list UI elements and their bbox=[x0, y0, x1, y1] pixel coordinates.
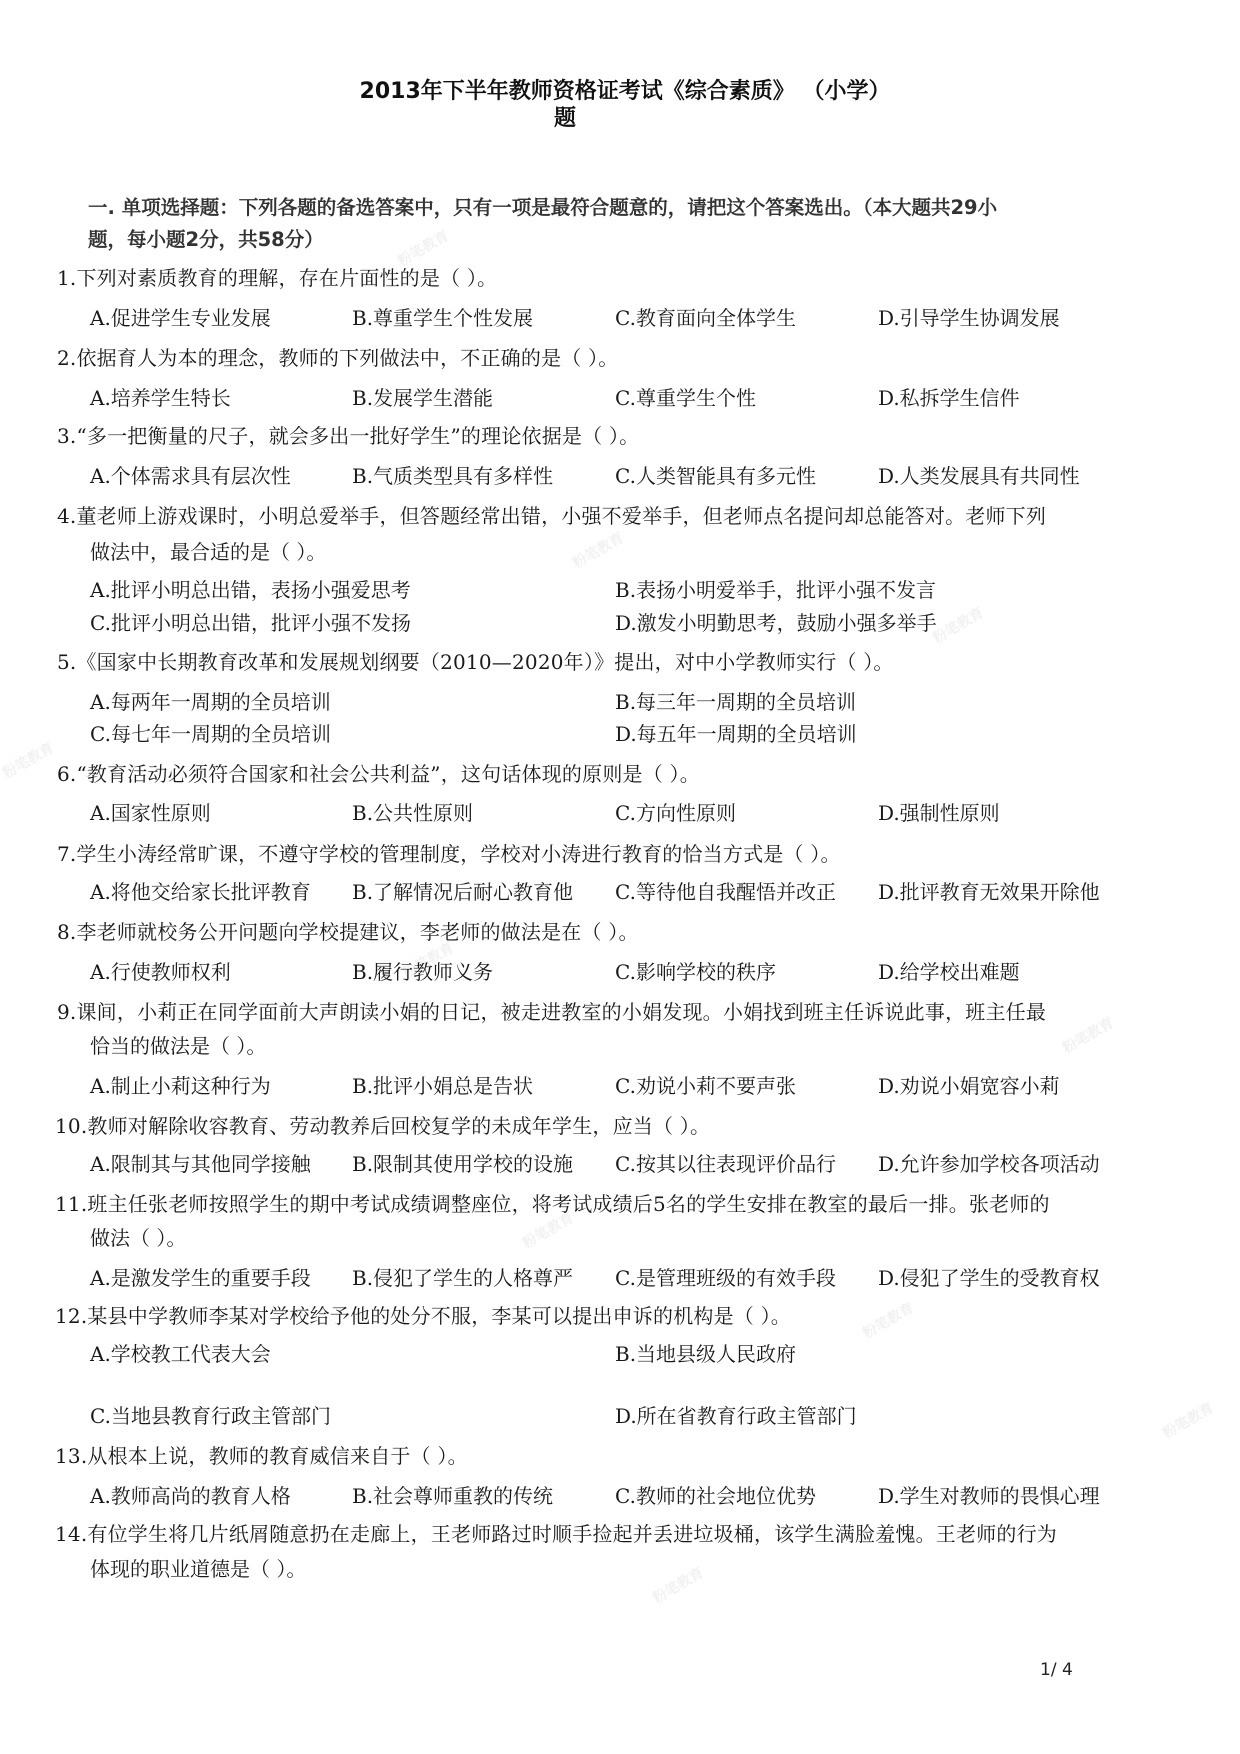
question-7-option-b: B.了解情况后耐心教育他 bbox=[352, 876, 573, 905]
question-4-option-b: B.表扬小明爱举手，批评小强不发言 bbox=[615, 574, 936, 603]
question-3-option-b: B.气质类型具有多样性 bbox=[352, 460, 553, 489]
question-11-stem: 11.班主任张老师按照学生的期中考试成绩调整座位，将考试成绩后5名的学生安排在教… bbox=[55, 1188, 1050, 1217]
question-3-option-c: C.人类智能具有多元性 bbox=[615, 460, 816, 489]
watermark: 粉笔教育 bbox=[1159, 1397, 1217, 1442]
watermark: 粉笔教育 bbox=[0, 737, 57, 782]
question-11-option-d: D.侵犯了学生的受教育权 bbox=[878, 1262, 1100, 1291]
question-2-option-c: C.尊重学生个性 bbox=[615, 382, 756, 411]
question-6-option-b: B.公共性原则 bbox=[352, 797, 473, 826]
question-10-option-b: B.限制其使用学校的设施 bbox=[352, 1148, 573, 1177]
question-13-option-b: B.社会尊师重教的传统 bbox=[352, 1480, 553, 1509]
question-7-stem: 7.学生小涛经常旷课，不遵守学校的管理制度，学校对小涛进行教育的恰当方式是（ ）… bbox=[57, 838, 841, 867]
watermark: 粉笔教育 bbox=[859, 1297, 917, 1342]
question-2-option-a: A.培养学生特长 bbox=[90, 382, 231, 411]
question-5-stem: 5.《国家中长期教育改革和发展规划纲要（2010—2020年）》提出，对中小学教… bbox=[57, 646, 894, 675]
question-13-option-d: D.学生对教师的畏惧心理 bbox=[878, 1480, 1100, 1509]
question-11-option-a: A.是激发学生的重要手段 bbox=[90, 1262, 311, 1291]
section-heading-line-2: 题，每小题2分，共58分） bbox=[88, 224, 1128, 256]
question-10-option-a: A.限制其与其他同学接触 bbox=[90, 1148, 311, 1177]
question-8-option-c: C.影响学校的秩序 bbox=[615, 956, 776, 985]
question-7-option-c: C.等待他自我醒悟并改正 bbox=[615, 876, 836, 905]
question-12-option-a: A.学校教工代表大会 bbox=[90, 1338, 271, 1367]
question-8-option-a: A.行使教师权利 bbox=[90, 956, 231, 985]
question-9-option-d: D.劝说小娟宽容小莉 bbox=[878, 1070, 1060, 1099]
question-12-stem: 12.某县中学教师李某对学校给予他的处分不服，李某可以提出申诉的机构是（ ）。 bbox=[55, 1300, 791, 1329]
question-10-option-d: D.允许参加学校各项活动 bbox=[878, 1148, 1100, 1177]
question-4-stem-continued: 做法中，最合适的是（ ）。 bbox=[90, 536, 326, 565]
watermark: 粉笔教育 bbox=[929, 602, 987, 647]
question-8-option-b: B.履行教师义务 bbox=[352, 956, 493, 985]
question-2-option-b: B.发展学生潜能 bbox=[352, 382, 493, 411]
question-9-stem-continued: 恰当的做法是（ ）。 bbox=[90, 1030, 266, 1059]
question-1-option-b: B.尊重学生个性发展 bbox=[352, 302, 533, 331]
question-9-stem: 9.课间，小莉正在同学面前大声朗读小娟的日记，被走进教室的小娟发现。小娟找到班主… bbox=[57, 996, 1046, 1025]
question-10-stem: 10.教师对解除收容教育、劳动教养后回校复学的未成年学生，应当（ ）。 bbox=[55, 1110, 710, 1139]
question-9-option-a: A.制止小莉这种行为 bbox=[90, 1070, 271, 1099]
page-title: 2013年下半年教师资格证考试《综合素质》 （小学） 题 bbox=[0, 78, 1240, 132]
question-1-option-a: A.促进学生专业发展 bbox=[90, 302, 271, 331]
watermark: 粉笔教育 bbox=[1059, 1012, 1117, 1057]
question-8-stem: 8.李老师就校务公开问题向学校提建议，李老师的做法是在（ ）。 bbox=[57, 916, 639, 945]
question-14-stem-continued: 体现的职业道德是（ ）。 bbox=[90, 1553, 306, 1582]
question-7-option-a: A.将他交给家长批评教育 bbox=[90, 876, 311, 905]
question-11-stem-continued: 做法（ ）。 bbox=[90, 1222, 186, 1251]
question-13-stem: 13.从根本上说，教师的教育威信来自于（ ）。 bbox=[55, 1440, 468, 1469]
question-12-option-c: C.当地县教育行政主管部门 bbox=[90, 1400, 331, 1429]
question-14-stem: 14.有位学生将几片纸屑随意扔在走廊上，王老师路过时顺手捡起并丢进垃圾桶，该学生… bbox=[55, 1518, 1057, 1547]
question-9-option-b: B.批评小娟总是告状 bbox=[352, 1070, 533, 1099]
question-6-option-a: A.国家性原则 bbox=[90, 797, 211, 826]
question-1-option-d: D.引导学生协调发展 bbox=[878, 302, 1060, 331]
question-12-option-b: B.当地县级人民政府 bbox=[615, 1338, 796, 1367]
question-6-option-d: D.强制性原则 bbox=[878, 797, 1000, 826]
question-3-option-d: D.人类发展具有共同性 bbox=[878, 460, 1080, 489]
question-3-option-a: A.个体需求具有层次性 bbox=[90, 460, 291, 489]
section-heading-line-1: 一. 单项选择题：下列各题的备选答案中，只有一项是最符合题意的，请把这个答案选出… bbox=[88, 192, 1128, 224]
question-3-stem: 3.“多一把衡量的尺子，就会多出一批好学生”的理论依据是（ ）。 bbox=[57, 420, 639, 449]
question-10-option-c: C.按其以往表现评价品行 bbox=[615, 1148, 836, 1177]
question-9-option-c: C.劝说小莉不要声张 bbox=[615, 1070, 796, 1099]
question-2-option-d: D.私拆学生信件 bbox=[878, 382, 1020, 411]
question-12-option-d: D.所在省教育行政主管部门 bbox=[615, 1400, 857, 1429]
question-4-option-d: D.激发小明勤思考，鼓励小强多举手 bbox=[615, 607, 937, 636]
title-line-2: 题 bbox=[0, 105, 1240, 132]
question-1-option-c: C.教育面向全体学生 bbox=[615, 302, 796, 331]
watermark: 粉笔教育 bbox=[569, 527, 627, 572]
question-7-option-d: D.批评教育无效果开除他 bbox=[878, 876, 1100, 905]
page-number: 1/ 4 bbox=[1040, 1660, 1073, 1680]
question-8-option-d: D.给学校出难题 bbox=[878, 956, 1020, 985]
question-2-stem: 2.依据育人为本的理念，教师的下列做法中，不正确的是（ ）。 bbox=[57, 342, 618, 371]
question-5-option-a: A.每两年一周期的全员培训 bbox=[90, 686, 331, 715]
title-line-1: 2013年下半年教师资格证考试《综合素质》 （小学） bbox=[0, 78, 1240, 105]
question-13-option-c: C.教师的社会地位优势 bbox=[615, 1480, 816, 1509]
question-6-stem: 6.“教育活动必须符合国家和社会公共利益”，这句话体现的原则是（ ）。 bbox=[57, 758, 700, 787]
question-4-stem: 4.董老师上游戏课时，小明总爱举手，但答题经常出错，小强不爱举手，但老师点名提问… bbox=[57, 500, 1046, 529]
question-5-option-b: B.每三年一周期的全员培训 bbox=[615, 686, 856, 715]
question-5-option-d: D.每五年一周期的全员培训 bbox=[615, 718, 857, 747]
question-11-option-b: B.侵犯了学生的人格尊严 bbox=[352, 1262, 573, 1291]
question-1-stem: 1.下列对素质教育的理解，存在片面性的是（ ）。 bbox=[57, 262, 497, 291]
question-6-option-c: C.方向性原则 bbox=[615, 797, 736, 826]
question-11-option-c: C.是管理班级的有效手段 bbox=[615, 1262, 836, 1291]
question-13-option-a: A.教师高尚的教育人格 bbox=[90, 1480, 291, 1509]
question-4-option-c: C.批评小明总出错，批评小强不发扬 bbox=[90, 607, 411, 636]
question-5-option-c: C.每七年一周期的全员培训 bbox=[90, 718, 331, 747]
question-4-option-a: A.批评小明总出错，表扬小强爱思考 bbox=[90, 574, 411, 603]
watermark: 粉笔教育 bbox=[649, 1562, 707, 1607]
section-heading: 一. 单项选择题：下列各题的备选答案中，只有一项是最符合题意的，请把这个答案选出… bbox=[88, 192, 1128, 256]
